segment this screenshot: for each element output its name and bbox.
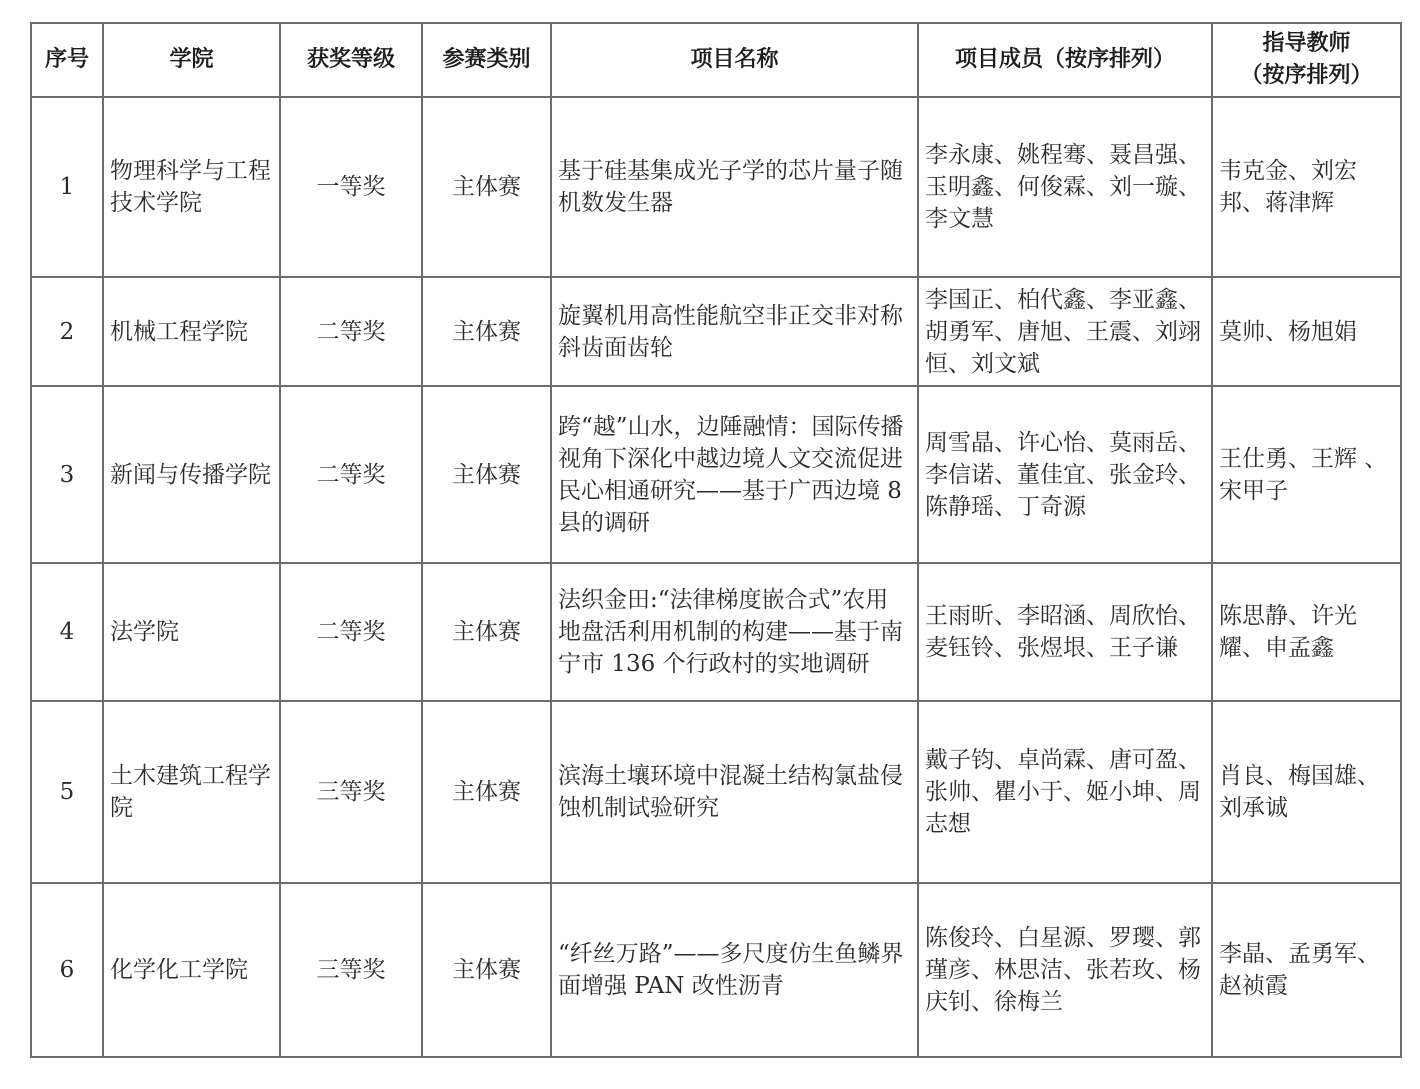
cell-teachers: 莫帅、杨旭娟 bbox=[1212, 277, 1401, 386]
awards-table: 序号 学院 获奖等级 参赛类别 项目名称 项目成员（按序排列） 指导教师 （按序… bbox=[30, 22, 1402, 1058]
cell-category: 主体赛 bbox=[422, 386, 551, 563]
table-row: 1 物理科学与工程技术学院 一等奖 主体赛 基于硅基集成光子学的芯片量子随机数发… bbox=[31, 97, 1401, 277]
table-row: 6 化学化工学院 三等奖 主体赛 “纤丝万路”——多尺度仿生鱼鳞界面增强 PAN… bbox=[31, 883, 1401, 1057]
header-award-level: 获奖等级 bbox=[280, 23, 422, 97]
cell-members: 周雪晶、许心怡、莫雨岳、李信诺、董佳宜、张金玲、陈静瑶、丁奇源 bbox=[918, 386, 1212, 563]
cell-project-name: 滨海土壤环境中混凝土结构氯盐侵蚀机制试验研究 bbox=[551, 701, 918, 883]
header-college: 学院 bbox=[103, 23, 280, 97]
table-row: 2 机械工程学院 二等奖 主体赛 旋翼机用高性能航空非正交非对称斜齿面齿轮 李国… bbox=[31, 277, 1401, 386]
cell-index: 1 bbox=[31, 97, 103, 277]
cell-index: 3 bbox=[31, 386, 103, 563]
cell-members: 李永康、姚程骞、聂昌强、玉明鑫、何俊霖、刘一璇、李文慧 bbox=[918, 97, 1212, 277]
cell-project-name: 法织金田:“法律梯度嵌合式”农用地盘活利用机制的构建——基于南宁市 136 个行… bbox=[551, 563, 918, 701]
cell-members: 李国正、柏代鑫、李亚鑫、胡勇军、唐旭、王震、刘翊恒、刘文斌 bbox=[918, 277, 1212, 386]
cell-members: 王雨昕、李昭涵、周欣怡、麦钰铃、张煜垠、王子谦 bbox=[918, 563, 1212, 701]
cell-project-name: 跨“越”山水，边陲融情：国际传播视角下深化中越边境人文交流促进民心相通研究——基… bbox=[551, 386, 918, 563]
cell-award-level: 三等奖 bbox=[280, 883, 422, 1057]
cell-members: 戴子钧、卓尚霖、唐可盈、张帅、瞿小于、姬小坤、周志想 bbox=[918, 701, 1212, 883]
cell-teachers: 韦克金、刘宏邦、蒋津辉 bbox=[1212, 97, 1401, 277]
cell-college: 法学院 bbox=[103, 563, 280, 701]
cell-index: 6 bbox=[31, 883, 103, 1057]
table-row: 5 土木建筑工程学院 三等奖 主体赛 滨海土壤环境中混凝土结构氯盐侵蚀机制试验研… bbox=[31, 701, 1401, 883]
header-members: 项目成员（按序排列） bbox=[918, 23, 1212, 97]
cell-index: 5 bbox=[31, 701, 103, 883]
cell-category: 主体赛 bbox=[422, 563, 551, 701]
cell-category: 主体赛 bbox=[422, 883, 551, 1057]
cell-award-level: 二等奖 bbox=[280, 563, 422, 701]
cell-teachers: 王仕勇、王辉 、宋甲子 bbox=[1212, 386, 1401, 563]
cell-teachers: 肖良、梅国雄、刘承诚 bbox=[1212, 701, 1401, 883]
table-row: 4 法学院 二等奖 主体赛 法织金田:“法律梯度嵌合式”农用地盘活利用机制的构建… bbox=[31, 563, 1401, 701]
header-category: 参赛类别 bbox=[422, 23, 551, 97]
cell-category: 主体赛 bbox=[422, 97, 551, 277]
header-teachers-line2: （按序排列） bbox=[1219, 60, 1394, 92]
header-row: 序号 学院 获奖等级 参赛类别 项目名称 项目成员（按序排列） 指导教师 （按序… bbox=[31, 23, 1401, 97]
cell-project-name: 旋翼机用高性能航空非正交非对称斜齿面齿轮 bbox=[551, 277, 918, 386]
cell-award-level: 二等奖 bbox=[280, 277, 422, 386]
cell-college: 化学化工学院 bbox=[103, 883, 280, 1057]
cell-award-level: 一等奖 bbox=[280, 97, 422, 277]
cell-category: 主体赛 bbox=[422, 277, 551, 386]
cell-index: 4 bbox=[31, 563, 103, 701]
cell-index: 2 bbox=[31, 277, 103, 386]
header-teachers: 指导教师 （按序排列） bbox=[1212, 23, 1401, 97]
cell-college: 物理科学与工程技术学院 bbox=[103, 97, 280, 277]
cell-college: 新闻与传播学院 bbox=[103, 386, 280, 563]
cell-category: 主体赛 bbox=[422, 701, 551, 883]
cell-college: 机械工程学院 bbox=[103, 277, 280, 386]
cell-award-level: 三等奖 bbox=[280, 701, 422, 883]
cell-award-level: 二等奖 bbox=[280, 386, 422, 563]
header-teachers-line1: 指导教师 bbox=[1219, 28, 1394, 60]
table-row: 3 新闻与传播学院 二等奖 主体赛 跨“越”山水，边陲融情：国际传播视角下深化中… bbox=[31, 386, 1401, 563]
cell-members: 陈俊玲、白星源、罗璎、郭瑾彦、林思洁、张若玫、杨庆钊、徐梅兰 bbox=[918, 883, 1212, 1057]
cell-project-name: “纤丝万路”——多尺度仿生鱼鳞界面增强 PAN 改性沥青 bbox=[551, 883, 918, 1057]
cell-teachers: 李晶、孟勇军、赵祯霞 bbox=[1212, 883, 1401, 1057]
cell-college: 土木建筑工程学院 bbox=[103, 701, 280, 883]
header-project-name: 项目名称 bbox=[551, 23, 918, 97]
cell-teachers: 陈思静、许光耀、申孟鑫 bbox=[1212, 563, 1401, 701]
header-index: 序号 bbox=[31, 23, 103, 97]
cell-project-name: 基于硅基集成光子学的芯片量子随机数发生器 bbox=[551, 97, 918, 277]
